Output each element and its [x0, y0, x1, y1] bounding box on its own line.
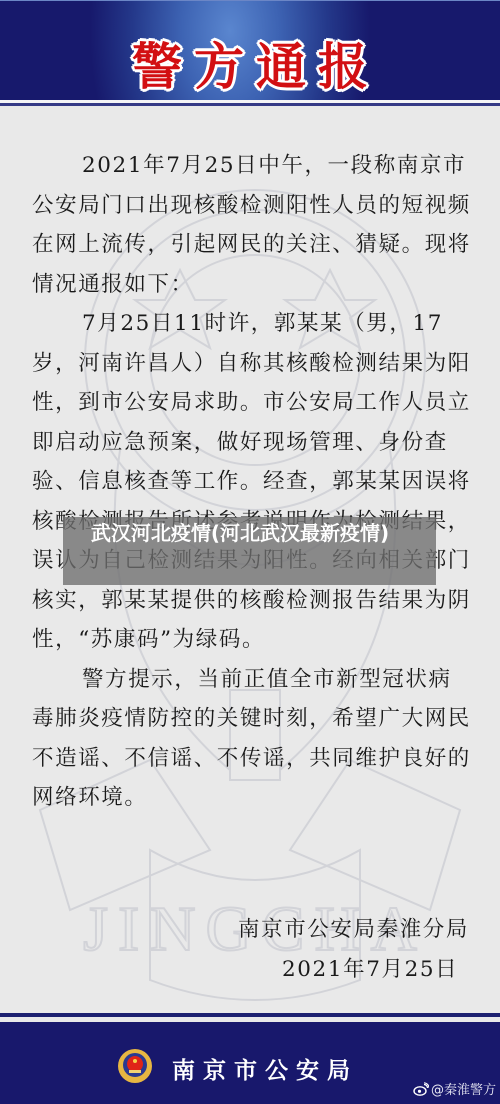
caption-overlay-text: 武汉河北疫情(河北武汉最新疫情) — [70, 520, 410, 547]
weibo-handle: @秦淮警方 — [431, 1079, 496, 1098]
notice-body: 2021年7月25日中午，一段称南京市公安局门口出现核酸检测阳性人员的短视频在网… — [32, 146, 472, 818]
signature-date: 2021年7月25日 — [282, 952, 458, 983]
police-emblem-icon — [117, 1048, 153, 1084]
footer-divider-light — [0, 1017, 500, 1021]
signature-organization: 南京市公安局秦淮分局 — [238, 912, 469, 943]
header-title: 警方通报 — [0, 27, 500, 99]
weibo-watermark: @秦淮警方 — [413, 1079, 496, 1098]
notice-paragraph-intro: 2021年7月25日中午，一段称南京市公安局门口出现核酸检测阳性人员的短视频在网… — [32, 146, 472, 304]
header-banner: 警方通报 — [0, 0, 500, 100]
header-divider-dark — [0, 103, 500, 106]
notice-paragraph-details: 7月25日11时许，郭某某（男，17岁，河南许昌人）自称其核酸检测结果为阳性，到… — [32, 304, 472, 660]
footer-organization: 南京市公安局 — [172, 1052, 358, 1085]
weibo-icon — [413, 1082, 429, 1096]
notice-paragraph-reminder: 警方提示，当前正值全市新型冠状病毒肺炎疫情防控的关键时刻，希望广大网民不造谣、不… — [32, 660, 472, 818]
